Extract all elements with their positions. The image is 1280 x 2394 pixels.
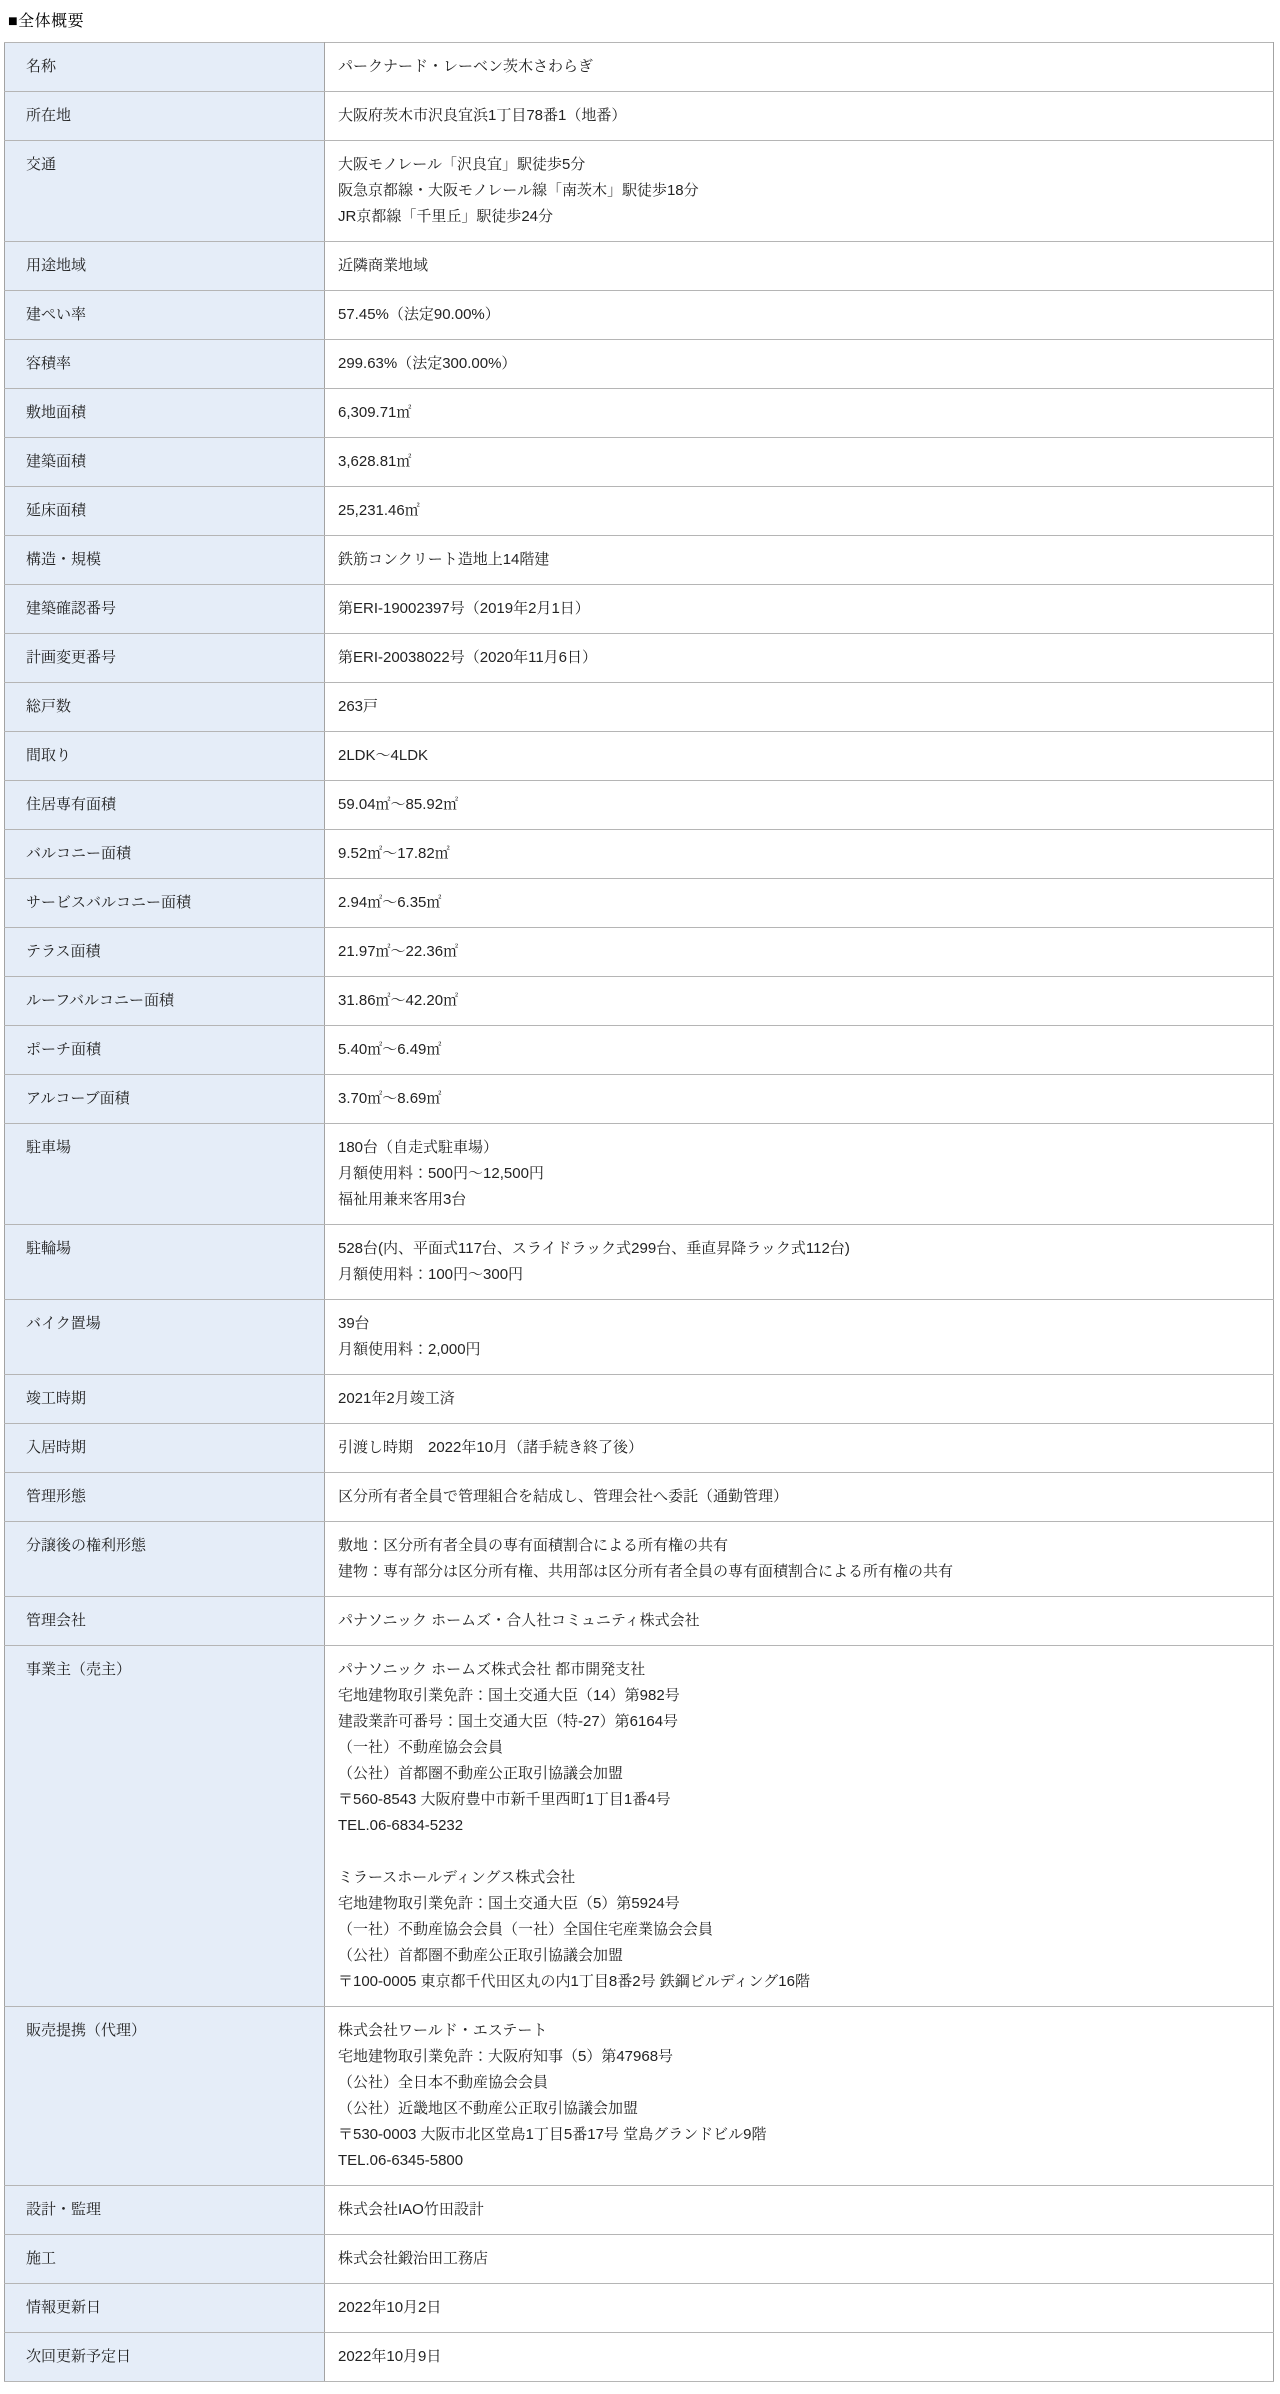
value-line: 2021年2月竣工済	[338, 1386, 1257, 1412]
row-value: 3.70㎡〜8.69㎡	[325, 1075, 1274, 1124]
row-label: 建築面積	[5, 438, 325, 487]
value-line: 第ERI-20038022号（2020年11月6日）	[338, 645, 1257, 671]
value-line: 2022年10月9日	[338, 2344, 1257, 2370]
value-line: 31.86㎡〜42.20㎡	[338, 988, 1257, 1014]
row-value: 180台（自走式駐車場）月額使用料：500円〜12,500円福祉用兼来客用3台	[325, 1124, 1274, 1225]
row-value: 21.97㎡〜22.36㎡	[325, 928, 1274, 977]
table-row: 管理会社パナソニック ホームズ・合人社コミュニティ株式会社	[5, 1597, 1274, 1646]
table-row: 竣工時期2021年2月竣工済	[5, 1375, 1274, 1424]
value-line: 株式会社ワールド・エステート	[338, 2018, 1257, 2044]
value-line: （公社）首都圏不動産公正取引協議会加盟	[338, 1943, 1257, 1969]
value-line: 建物：専有部分は区分所有権、共用部は区分所有者全員の専有面積割合による所有権の共…	[338, 1559, 1257, 1585]
row-label: ポーチ面積	[5, 1026, 325, 1075]
row-label: 入居時期	[5, 1424, 325, 1473]
row-value: 25,231.46㎡	[325, 487, 1274, 536]
value-line: TEL.06-6345-5800	[338, 2148, 1257, 2174]
row-label: 所在地	[5, 92, 325, 141]
value-line: パークナード・レーベン茨木さわらぎ	[338, 54, 1257, 80]
row-label: ルーフバルコニー面積	[5, 977, 325, 1026]
value-line: 299.63%（法定300.00%）	[338, 351, 1257, 377]
value-line: 株式会社鍛治田工務店	[338, 2246, 1257, 2272]
value-line: 宅地建物取引業免許：国土交通大臣（14）第982号	[338, 1683, 1257, 1709]
row-value: 株式会社ワールド・エステート宅地建物取引業免許：大阪府知事（5）第47968号（…	[325, 2007, 1274, 2186]
row-value: 敷地：区分所有者全員の専有面積割合による所有権の共有建物：専有部分は区分所有権、…	[325, 1522, 1274, 1597]
table-row: 建築面積3,628.81㎡	[5, 438, 1274, 487]
row-label: テラス面積	[5, 928, 325, 977]
table-row: 駐輪場528台(内、平面式117台、スライドラック式299台、垂直昇降ラック式1…	[5, 1225, 1274, 1300]
overview-table-body: 名称パークナード・レーベン茨木さわらぎ所在地大阪府茨木市沢良宜浜1丁目78番1（…	[5, 43, 1274, 2382]
table-row: アルコーブ面積3.70㎡〜8.69㎡	[5, 1075, 1274, 1124]
row-label: 建築確認番号	[5, 585, 325, 634]
table-row: サービスバルコニー面積2.94㎡〜6.35㎡	[5, 879, 1274, 928]
row-label: 販売提携（代理）	[5, 2007, 325, 2186]
page: ■全体概要 名称パークナード・レーベン茨木さわらぎ所在地大阪府茨木市沢良宜浜1丁…	[0, 0, 1280, 2394]
row-value: 区分所有者全員で管理組合を結成し、管理会社へ委託（通勤管理）	[325, 1473, 1274, 1522]
value-line: 528台(内、平面式117台、スライドラック式299台、垂直昇降ラック式112台…	[338, 1236, 1257, 1262]
row-value: 3,628.81㎡	[325, 438, 1274, 487]
table-row: 交通大阪モノレール「沢良宜」駅徒歩5分阪急京都線・大阪モノレール線「南茨木」駅徒…	[5, 141, 1274, 242]
row-label: 計画変更番号	[5, 634, 325, 683]
value-line: （公社）首都圏不動産公正取引協議会加盟	[338, 1761, 1257, 1787]
table-row: 駐車場180台（自走式駐車場）月額使用料：500円〜12,500円福祉用兼来客用…	[5, 1124, 1274, 1225]
row-value: 2.94㎡〜6.35㎡	[325, 879, 1274, 928]
table-row: 分譲後の権利形態敷地：区分所有者全員の専有面積割合による所有権の共有建物：専有部…	[5, 1522, 1274, 1597]
value-line: 9.52㎡〜17.82㎡	[338, 841, 1257, 867]
value-line: ミラースホールディングス株式会社	[338, 1865, 1257, 1891]
value-line: （公社）近畿地区不動産公正取引協議会加盟	[338, 2096, 1257, 2122]
row-label: 名称	[5, 43, 325, 92]
table-row: 事業主（売主）パナソニック ホームズ株式会社 都市開発支社宅地建物取引業免許：国…	[5, 1646, 1274, 2007]
value-line: 敷地：区分所有者全員の専有面積割合による所有権の共有	[338, 1533, 1257, 1559]
value-line: 59.04㎡〜85.92㎡	[338, 792, 1257, 818]
row-label: バルコニー面積	[5, 830, 325, 879]
table-row: 次回更新予定日2022年10月9日	[5, 2333, 1274, 2382]
row-value: 第ERI-19002397号（2019年2月1日）	[325, 585, 1274, 634]
value-line: 月額使用料：2,000円	[338, 1337, 1257, 1363]
row-value: 2022年10月9日	[325, 2333, 1274, 2382]
value-line: 福祉用兼来客用3台	[338, 1187, 1257, 1213]
row-label: 延床面積	[5, 487, 325, 536]
row-label: 構造・規模	[5, 536, 325, 585]
value-line: （公社）全日本不動産協会会員	[338, 2070, 1257, 2096]
row-label: 敷地面積	[5, 389, 325, 438]
table-row: 名称パークナード・レーベン茨木さわらぎ	[5, 43, 1274, 92]
row-value: 5.40㎡〜6.49㎡	[325, 1026, 1274, 1075]
row-value: 2LDK〜4LDK	[325, 732, 1274, 781]
row-label: サービスバルコニー面積	[5, 879, 325, 928]
table-row: 所在地大阪府茨木市沢良宜浜1丁目78番1（地番）	[5, 92, 1274, 141]
table-row: 住居専有面積59.04㎡〜85.92㎡	[5, 781, 1274, 830]
value-line: 宅地建物取引業免許：大阪府知事（5）第47968号	[338, 2044, 1257, 2070]
value-line: 株式会社IAO竹田設計	[338, 2197, 1257, 2223]
table-row: 入居時期引渡し時期 2022年10月（諸手続き終了後）	[5, 1424, 1274, 1473]
table-row: 販売提携（代理）株式会社ワールド・エステート宅地建物取引業免許：大阪府知事（5）…	[5, 2007, 1274, 2186]
value-line: JR京都線「千里丘」駅徒歩24分	[338, 204, 1257, 230]
value-line: 月額使用料：100円〜300円	[338, 1262, 1257, 1288]
row-value: 528台(内、平面式117台、スライドラック式299台、垂直昇降ラック式112台…	[325, 1225, 1274, 1300]
value-line: 6,309.71㎡	[338, 400, 1257, 426]
value-line: 3,628.81㎡	[338, 449, 1257, 475]
table-row: 容積率299.63%（法定300.00%）	[5, 340, 1274, 389]
row-value: 6,309.71㎡	[325, 389, 1274, 438]
value-line: 25,231.46㎡	[338, 498, 1257, 524]
row-label: バイク置場	[5, 1300, 325, 1375]
value-line: 5.40㎡〜6.49㎡	[338, 1037, 1257, 1063]
section-title: ■全体概要	[8, 8, 1274, 31]
value-line: 近隣商業地域	[338, 253, 1257, 279]
row-label: 竣工時期	[5, 1375, 325, 1424]
row-label: 情報更新日	[5, 2284, 325, 2333]
table-row: 情報更新日2022年10月2日	[5, 2284, 1274, 2333]
table-row: 間取り2LDK〜4LDK	[5, 732, 1274, 781]
table-row: ポーチ面積5.40㎡〜6.49㎡	[5, 1026, 1274, 1075]
table-row: ルーフバルコニー面積31.86㎡〜42.20㎡	[5, 977, 1274, 1026]
row-label: 容積率	[5, 340, 325, 389]
row-label: 施工	[5, 2235, 325, 2284]
row-value: 59.04㎡〜85.92㎡	[325, 781, 1274, 830]
property-overview-table: 名称パークナード・レーベン茨木さわらぎ所在地大阪府茨木市沢良宜浜1丁目78番1（…	[4, 42, 1274, 2382]
value-line: 3.70㎡〜8.69㎡	[338, 1086, 1257, 1112]
table-row: 構造・規模鉄筋コンクリート造地上14階建	[5, 536, 1274, 585]
row-label: 次回更新予定日	[5, 2333, 325, 2382]
value-line: 2.94㎡〜6.35㎡	[338, 890, 1257, 916]
row-label: 駐車場	[5, 1124, 325, 1225]
row-value: 2021年2月竣工済	[325, 1375, 1274, 1424]
table-row: 管理形態区分所有者全員で管理組合を結成し、管理会社へ委託（通勤管理）	[5, 1473, 1274, 1522]
row-label: アルコーブ面積	[5, 1075, 325, 1124]
row-label: 間取り	[5, 732, 325, 781]
value-line: 263戸	[338, 694, 1257, 720]
value-line: パナソニック ホームズ・合人社コミュニティ株式会社	[338, 1608, 1257, 1634]
value-line: 引渡し時期 2022年10月（諸手続き終了後）	[338, 1435, 1257, 1461]
row-label: 分譲後の権利形態	[5, 1522, 325, 1597]
value-line: 阪急京都線・大阪モノレール線「南茨木」駅徒歩18分	[338, 178, 1257, 204]
value-line: TEL.06-6834-5232	[338, 1813, 1257, 1839]
value-line: 大阪府茨木市沢良宜浜1丁目78番1（地番）	[338, 103, 1257, 129]
table-row: 延床面積25,231.46㎡	[5, 487, 1274, 536]
table-row: テラス面積21.97㎡〜22.36㎡	[5, 928, 1274, 977]
table-row: 総戸数263戸	[5, 683, 1274, 732]
row-value: 31.86㎡〜42.20㎡	[325, 977, 1274, 1026]
value-line: （一社）不動産協会会員（一社）全国住宅産業協会会員	[338, 1917, 1257, 1943]
row-value: 大阪モノレール「沢良宜」駅徒歩5分阪急京都線・大阪モノレール線「南茨木」駅徒歩1…	[325, 141, 1274, 242]
value-line: 宅地建物取引業免許：国土交通大臣（5）第5924号	[338, 1891, 1257, 1917]
row-label: 総戸数	[5, 683, 325, 732]
row-value: 大阪府茨木市沢良宜浜1丁目78番1（地番）	[325, 92, 1274, 141]
row-label: 管理会社	[5, 1597, 325, 1646]
row-label: 交通	[5, 141, 325, 242]
value-line: 〒560-8543 大阪府豊中市新千里西町1丁目1番4号	[338, 1787, 1257, 1813]
table-row: バイク置場39台月額使用料：2,000円	[5, 1300, 1274, 1375]
row-value: 鉄筋コンクリート造地上14階建	[325, 536, 1274, 585]
value-line: 鉄筋コンクリート造地上14階建	[338, 547, 1257, 573]
row-label: 設計・監理	[5, 2186, 325, 2235]
value-line: 57.45%（法定90.00%）	[338, 302, 1257, 328]
row-value: 株式会社鍛治田工務店	[325, 2235, 1274, 2284]
value-line: 月額使用料：500円〜12,500円	[338, 1161, 1257, 1187]
row-value: パナソニック ホームズ株式会社 都市開発支社宅地建物取引業免許：国土交通大臣（1…	[325, 1646, 1274, 2007]
value-line: 区分所有者全員で管理組合を結成し、管理会社へ委託（通勤管理）	[338, 1484, 1257, 1510]
row-value: 39台月額使用料：2,000円	[325, 1300, 1274, 1375]
row-value: 近隣商業地域	[325, 242, 1274, 291]
row-value: パークナード・レーベン茨木さわらぎ	[325, 43, 1274, 92]
row-label: 管理形態	[5, 1473, 325, 1522]
row-value: 57.45%（法定90.00%）	[325, 291, 1274, 340]
value-line: 大阪モノレール「沢良宜」駅徒歩5分	[338, 152, 1257, 178]
row-label: 住居専有面積	[5, 781, 325, 830]
value-line: （一社）不動産協会会員	[338, 1735, 1257, 1761]
row-value: 引渡し時期 2022年10月（諸手続き終了後）	[325, 1424, 1274, 1473]
value-line: 21.97㎡〜22.36㎡	[338, 939, 1257, 965]
table-row: 建築確認番号第ERI-19002397号（2019年2月1日）	[5, 585, 1274, 634]
value-line: 2LDK〜4LDK	[338, 743, 1257, 769]
value-line: 建設業許可番号：国土交通大臣（特-27）第6164号	[338, 1709, 1257, 1735]
row-label: 用途地域	[5, 242, 325, 291]
row-value: 2022年10月2日	[325, 2284, 1274, 2333]
blank-line	[338, 1839, 1257, 1865]
table-row: バルコニー面積9.52㎡〜17.82㎡	[5, 830, 1274, 879]
row-value: 株式会社IAO竹田設計	[325, 2186, 1274, 2235]
row-label: 事業主（売主）	[5, 1646, 325, 2007]
value-line: 2022年10月2日	[338, 2295, 1257, 2321]
value-line: パナソニック ホームズ株式会社 都市開発支社	[338, 1657, 1257, 1683]
value-line: 第ERI-19002397号（2019年2月1日）	[338, 596, 1257, 622]
row-value: 第ERI-20038022号（2020年11月6日）	[325, 634, 1274, 683]
row-value: 263戸	[325, 683, 1274, 732]
table-row: 施工株式会社鍛治田工務店	[5, 2235, 1274, 2284]
row-value: 299.63%（法定300.00%）	[325, 340, 1274, 389]
value-line: 〒530-0003 大阪市北区堂島1丁目5番17号 堂島グランドビル9階	[338, 2122, 1257, 2148]
value-line: 180台（自走式駐車場）	[338, 1135, 1257, 1161]
table-row: 設計・監理株式会社IAO竹田設計	[5, 2186, 1274, 2235]
table-row: 計画変更番号第ERI-20038022号（2020年11月6日）	[5, 634, 1274, 683]
table-row: 建ぺい率57.45%（法定90.00%）	[5, 291, 1274, 340]
table-row: 敷地面積6,309.71㎡	[5, 389, 1274, 438]
value-line: 〒100-0005 東京都千代田区丸の内1丁目8番2号 鉄鋼ビルディング16階	[338, 1969, 1257, 1995]
table-row: 用途地域近隣商業地域	[5, 242, 1274, 291]
row-value: 9.52㎡〜17.82㎡	[325, 830, 1274, 879]
row-label: 駐輪場	[5, 1225, 325, 1300]
value-line: 39台	[338, 1311, 1257, 1337]
row-label: 建ぺい率	[5, 291, 325, 340]
row-value: パナソニック ホームズ・合人社コミュニティ株式会社	[325, 1597, 1274, 1646]
